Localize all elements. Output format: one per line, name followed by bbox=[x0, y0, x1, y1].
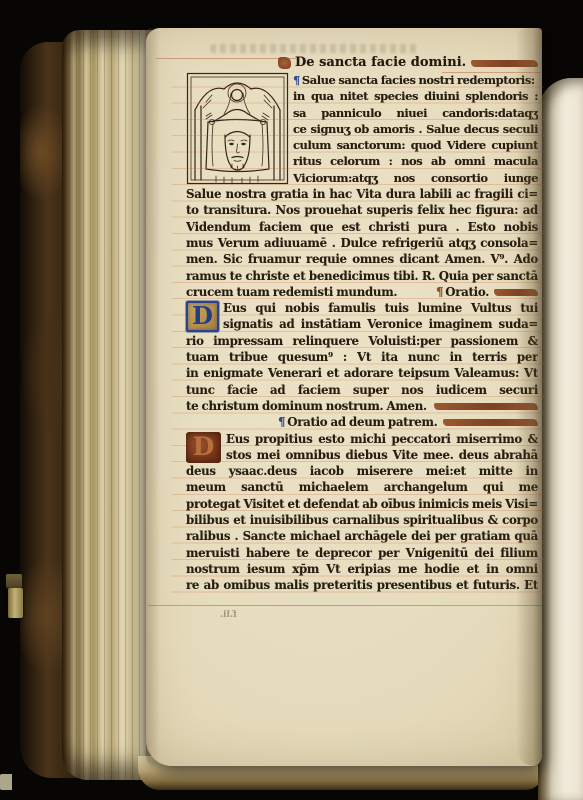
text-line: tunc facie ad faciem super nos iudicem s… bbox=[186, 382, 538, 398]
text-block: De sancta facie domini. bbox=[186, 54, 538, 594]
line-filler-bar bbox=[434, 403, 538, 410]
text-line: Videndum faciem que est christi pura . E… bbox=[186, 219, 538, 235]
rubric-row: ¶ Oratio ad deum patrem. bbox=[186, 414, 538, 430]
text-line: rio impressam relinquere Voluisti:per pa… bbox=[186, 333, 538, 349]
woodcut-and-text: ¶Salue sancta facies nostri redemptoris:… bbox=[186, 72, 538, 186]
line-filler-bar bbox=[494, 289, 538, 296]
text-line: stos mei omnibus diebus Vite mee. deus a… bbox=[186, 447, 538, 463]
amen-row: te christum dominum nostrum. Amen. bbox=[186, 398, 538, 414]
page-heading: De sancta facie domini. bbox=[295, 54, 466, 72]
text-line: te christum dominum nostrum. Amen. bbox=[186, 398, 427, 414]
showthrough-text: f.li. bbox=[220, 610, 237, 620]
text-line: bilibus et inuisibilibus carnalibus spir… bbox=[186, 512, 538, 528]
text-line: sa panniculo niuei candoris:dataqʒ Veron… bbox=[293, 105, 538, 121]
facing-page-gutter bbox=[538, 78, 583, 800]
text-line: meum sanctū michaelem archangelum qui me… bbox=[186, 479, 538, 495]
veronica-veil-woodcut bbox=[186, 72, 289, 185]
text-line: meruisti habere te deprecor per Vnigenit… bbox=[186, 545, 538, 561]
text-line: deus ysaac.deus iacob miserere mei:et mi… bbox=[186, 463, 538, 479]
clasp-fitting-icon bbox=[6, 574, 22, 588]
text-line: in qua nitet species diuini splendoris :… bbox=[293, 88, 538, 104]
text-line: Eus propitius esto michi peccatori miser… bbox=[186, 431, 538, 447]
oratio-row: crucem tuam redemisti mundum. ¶ Oratio. bbox=[186, 284, 538, 300]
showthrough-smudge bbox=[210, 44, 420, 53]
pilcrow-icon: ¶ bbox=[436, 284, 443, 300]
text-line: ramus te christe et benedicimus tibi. R.… bbox=[186, 268, 538, 284]
text-line: Eus qui nobis famulis tuis lumine Vultus… bbox=[186, 300, 538, 316]
line-filler-bar bbox=[443, 419, 538, 426]
manuscript-page: f.li. De sancta facie domini. bbox=[146, 28, 542, 766]
text-line: re ab omibus malis preteritis presentibu… bbox=[186, 577, 538, 593]
text-line: Salue nostra gratia in hac Vita dura lab… bbox=[186, 186, 538, 202]
text-line: mus Verum adiuuamē . Dulce refrigeriū at… bbox=[186, 235, 538, 251]
text-line: men. Sic fruamur requie omnes dicant Ame… bbox=[186, 251, 538, 267]
text-line: signatis ad instātiam Veronice imaginem … bbox=[186, 316, 538, 332]
red-ruling-line bbox=[148, 605, 542, 606]
text-line: to transitura. Nos prouehat superis feli… bbox=[186, 202, 538, 218]
text-line: crucem tuam redemisti mundum. bbox=[186, 284, 397, 300]
pilcrow-icon: ¶ bbox=[293, 73, 300, 87]
text-line: ralibus . Sancte michael archāgele dei p… bbox=[186, 528, 538, 544]
text-line: ce signuʒ ob amoris . Salue decus seculi… bbox=[293, 121, 538, 137]
text-line: Viciorum:atqʒ nos consortio iunge beator… bbox=[293, 170, 538, 186]
text-line: ritus celorum : nos ab omni macula purga bbox=[293, 153, 538, 169]
page-edge-stack bbox=[62, 30, 152, 780]
pilcrow-icon: ¶ bbox=[278, 414, 285, 430]
narrow-text-column: ¶Salue sancta facies nostri redemptoris:… bbox=[293, 72, 538, 186]
text-line: tuam tribue quesum⁹ : Vt ita nunc in ter… bbox=[186, 349, 538, 365]
rubric-block-icon bbox=[278, 57, 291, 69]
text-line: nostrum iesum xp̄m Vt eripias me hodie e… bbox=[186, 561, 538, 577]
corner-tab bbox=[0, 774, 12, 790]
text-line: Salue sancta facies nostri redemptoris: bbox=[302, 73, 535, 87]
brass-clasp-icon bbox=[8, 588, 23, 618]
prayer-veronica: D Eus qui nobis famulis tuis lumine Vult… bbox=[186, 300, 538, 414]
text-line: culum sanctorum: quod Videre cupiunt spi… bbox=[293, 137, 538, 153]
rubric-label: Oratio. bbox=[445, 284, 489, 300]
text-line: protegat Visitet et defendat ab oībus in… bbox=[186, 496, 538, 512]
rubric-label: Oratio ad deum patrem. bbox=[287, 414, 437, 430]
heading-row: De sancta facie domini. bbox=[186, 54, 538, 72]
prayer-to-god-the-father: D Eus propitius esto michi peccatori mis… bbox=[186, 431, 538, 594]
text-line: in enigmate Venerari et adorare teipsum … bbox=[186, 365, 538, 381]
line-filler-bar bbox=[471, 60, 538, 67]
